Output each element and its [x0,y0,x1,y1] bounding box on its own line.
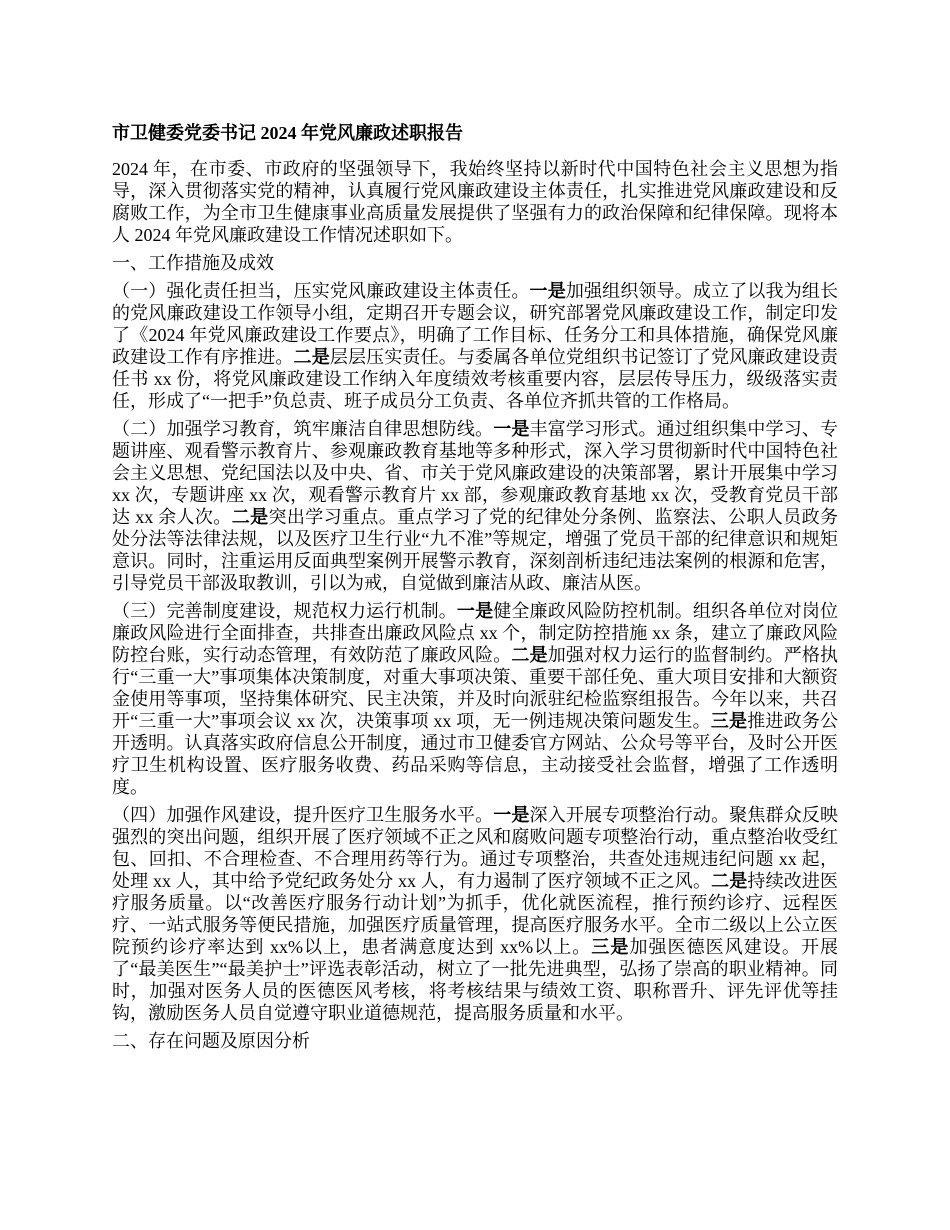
text-run: 市卫健委党委书记 2024 年党风廉政述职报告 [112,123,463,143]
text-run: 一是 [493,805,529,825]
paragraph-measure-3: （三）完善制度建设，规范权力运行机制。一是健全廉政风险防控机制。组织各单位对岗位… [112,600,838,798]
text-run: （一）强化责任担当，压实党风廉政建设主体责任。 [112,281,530,301]
document-body: 市卫健委党委书记 2024 年党风廉政述职报告 2024 年，在市委、市政府的坚… [112,122,838,1052]
paragraph-measure-4: （四）加强作风建设，提升医疗卫生服务水平。一是深入开展专项整治行动。聚焦群众反映… [112,804,838,1024]
intro-paragraph: 2024 年，在市委、市政府的坚强领导下，我始终坚持以新时代中国特色社会主义思想… [112,158,838,246]
text-run: （三）完善制度建设，规范权力运行机制。 [112,601,457,621]
text-run: 二、存在问题及原因分析 [112,1031,310,1051]
text-run: 一是 [530,281,566,301]
text-run: 二是 [232,507,269,527]
document-page: 市卫健委党委书记 2024 年党风廉政述职报告 2024 年，在市委、市政府的坚… [0,0,950,1230]
text-run: 2024 年，在市委、市政府的坚强领导下，我始终坚持以新时代中国特色社会主义思想… [112,159,838,245]
text-run: 一是 [493,419,529,439]
paragraph-measure-2: （二）加强学习教育，筑牢廉洁自律思想防线。一是丰富学习形式。通过组织集中学习、专… [112,418,838,594]
paragraph-measure-1: （一）强化责任担当，压实党风廉政建设主体责任。一是加强组织领导。成立了以我为组长… [112,280,838,412]
text-run: （四）加强作风建设，提升医疗卫生服务水平。 [112,805,493,825]
section-heading-1: 一、工作措施及成效 [112,252,838,274]
text-run: 二是 [711,871,747,891]
text-run: 三是 [711,711,747,731]
section-heading-2: 二、存在问题及原因分析 [112,1030,838,1052]
text-run: 二是 [511,645,547,665]
text-run: 三是 [591,937,629,957]
text-run: （二）加强学习教育，筑牢廉洁自律思想防线。 [112,419,493,439]
text-run: 一是 [457,601,493,621]
document-title: 市卫健委党委书记 2024 年党风廉政述职报告 [112,122,838,144]
text-run: 二是 [294,347,330,367]
text-run: 一、工作措施及成效 [112,253,274,273]
